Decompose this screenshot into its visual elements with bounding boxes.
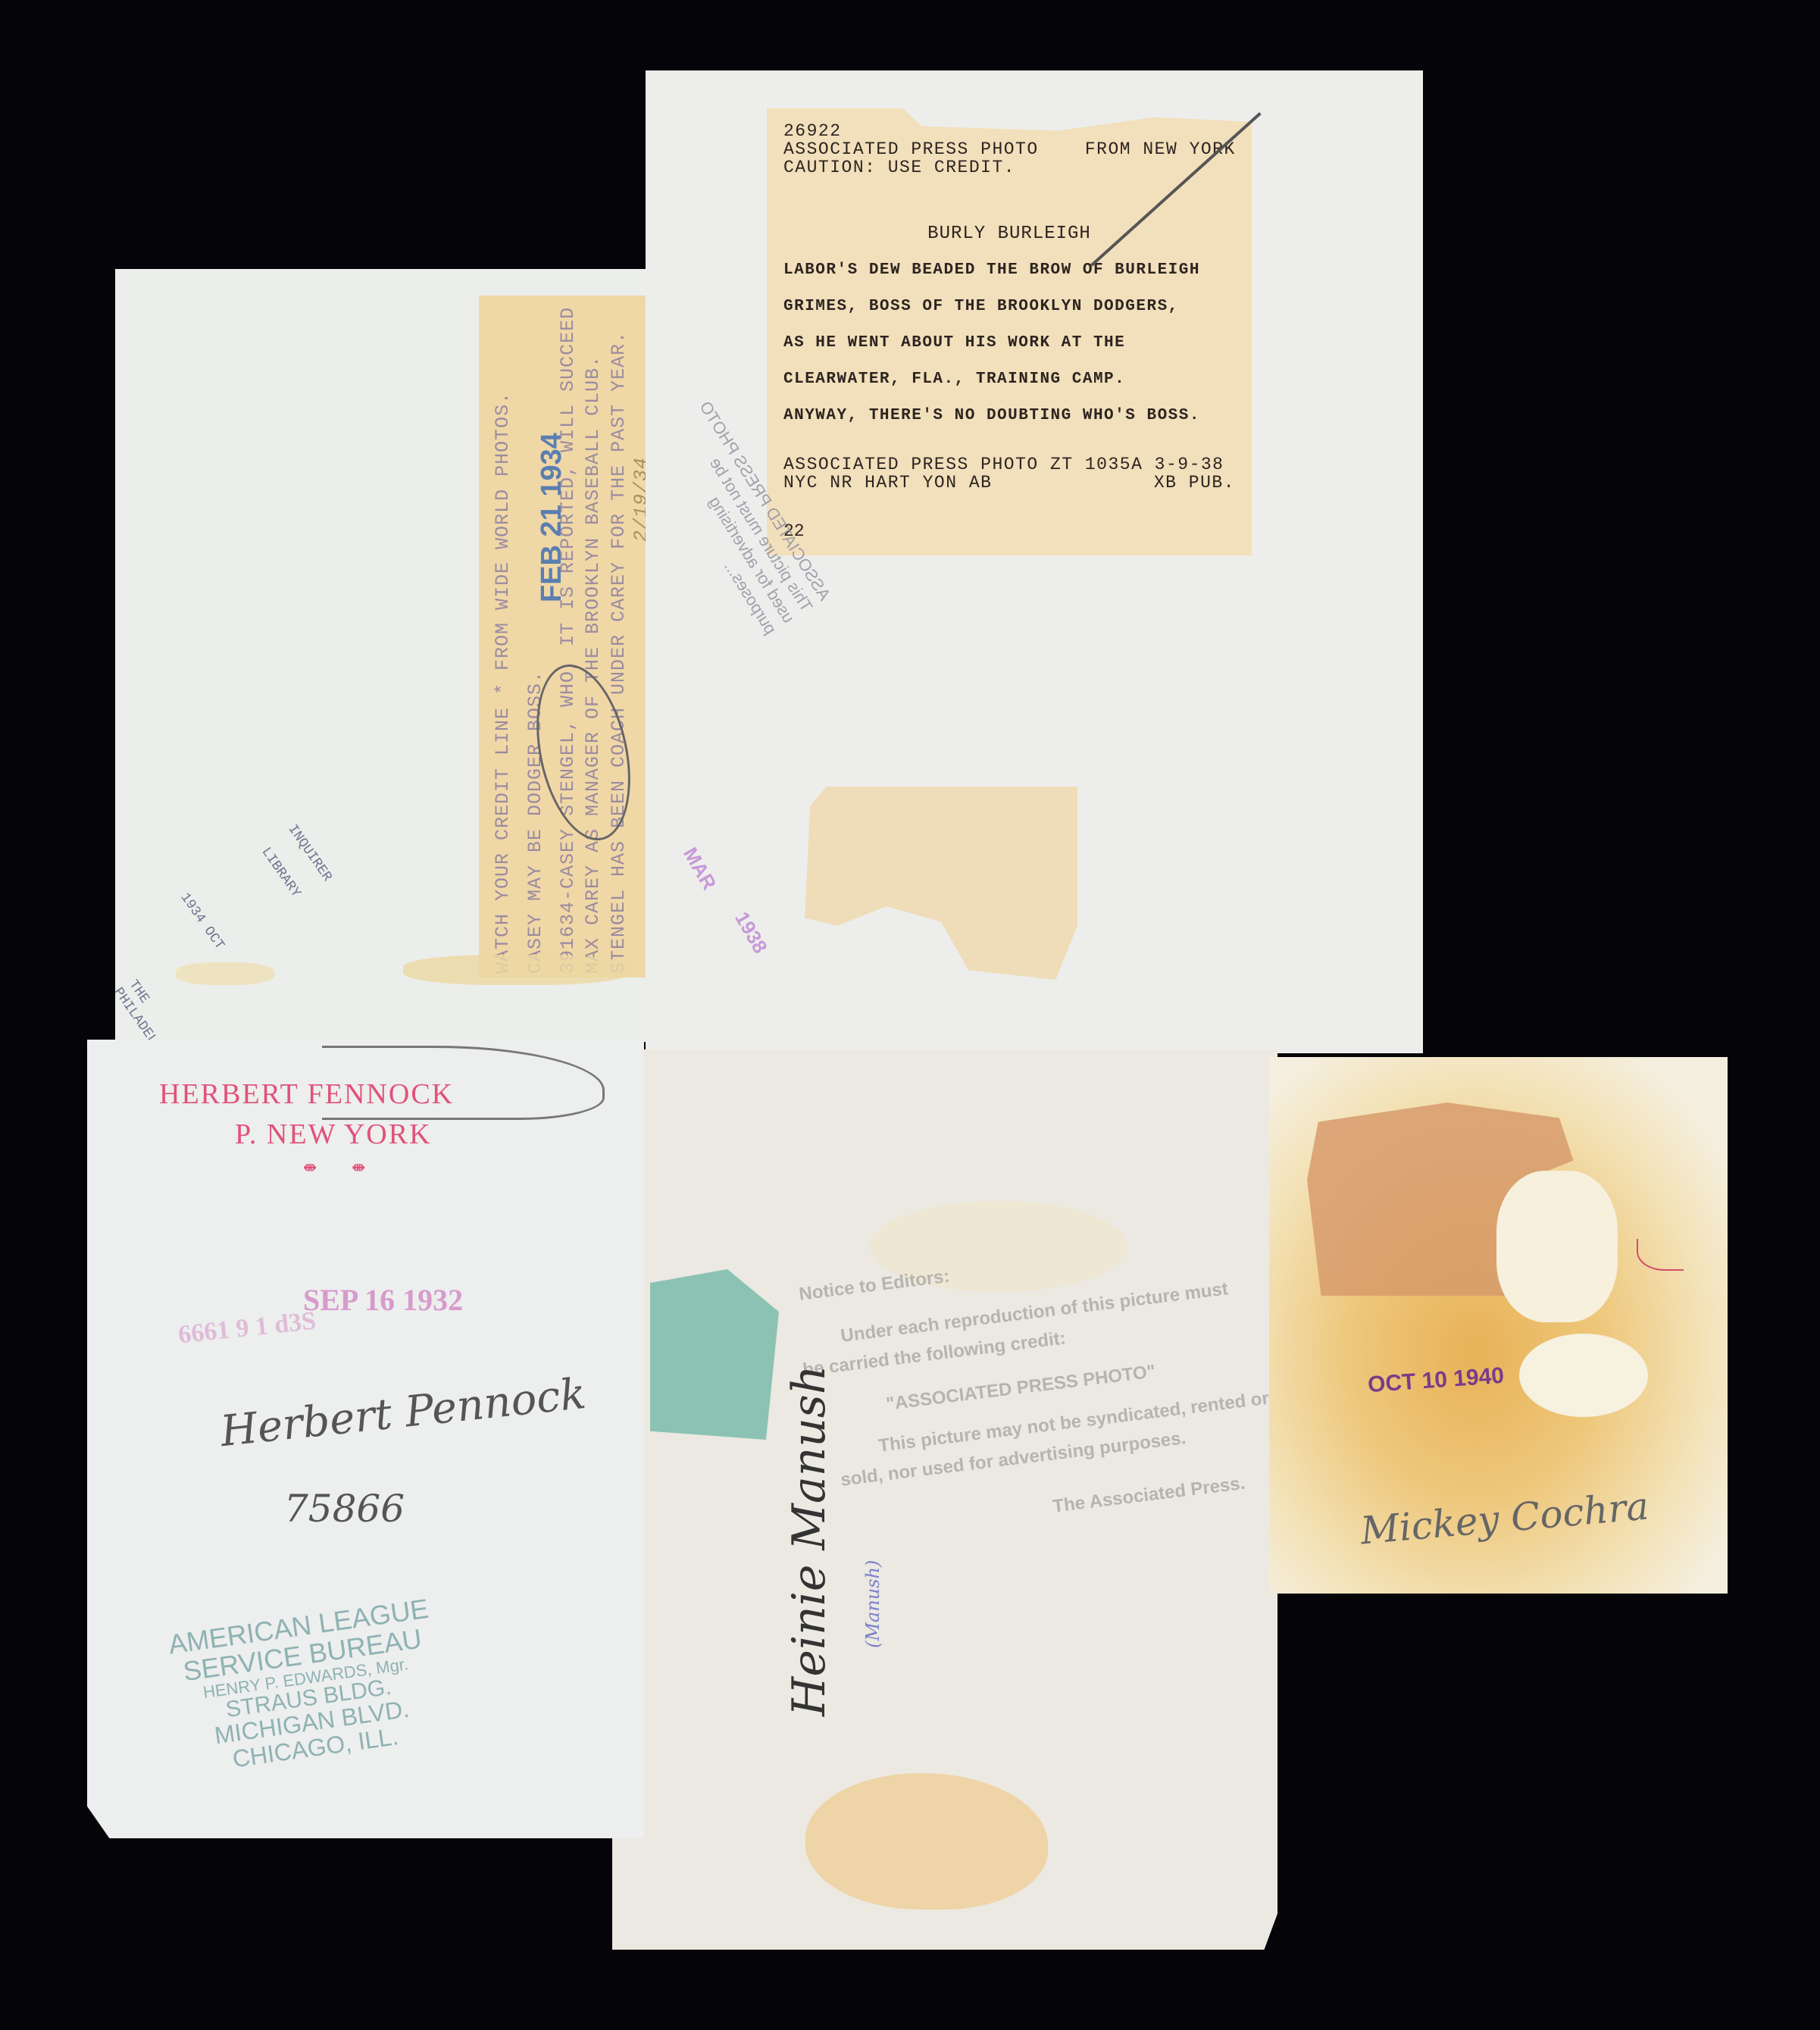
caption-line: ASSOCIATED PRESS PHOTO FROM NEW YORK <box>783 140 1235 158</box>
stamp-arrows-icon: ⇼ ⇼ <box>303 1153 376 1181</box>
library-stamp-line: LIBRARY <box>258 845 304 900</box>
date-stamp-year: 1938 <box>730 908 772 958</box>
caption-footer: NYC NR HART YON AB <box>783 474 992 492</box>
handwritten-signature: Heinie Manush <box>783 1365 836 1716</box>
glue-stain <box>805 1773 1048 1910</box>
photo-back-pennock: HERBERT FENNOCK P. NEW YORK ⇼ ⇼ SEP 16 1… <box>87 1040 644 1838</box>
date-stamp: SEP 16 1932 <box>303 1282 463 1318</box>
green-paper-residue <box>650 1269 779 1440</box>
paper-tear <box>1519 1334 1648 1417</box>
clipping-line: STENGEL HAS BEEN COACH UNDER CAREY FOR T… <box>608 331 630 974</box>
caption-title: BURLY BURLEIGH <box>783 225 1235 243</box>
page-number: 22 <box>783 522 1235 540</box>
caption-body-line: LABOR'S DEW BEADED THE BROW OF BURLEIGH <box>783 261 1235 280</box>
paper-tear <box>1496 1171 1618 1322</box>
caption-body-line: AS HE WENT ABOUT HIS WORK AT THE <box>783 334 1235 352</box>
photo-back-cochrane: OCT 10 1940 Mickey Cochra <box>1269 1057 1728 1594</box>
handwritten-name: Herbert Pennock <box>218 1369 588 1456</box>
library-stamp-line: 1934 OCT <box>177 890 227 952</box>
photo-back-grimes: 26922 ASSOCIATED PRESS PHOTO FROM NEW YO… <box>646 70 1423 1053</box>
caption-body-line: CLEARWATER, FLA., TRAINING CAMP. <box>783 371 1235 389</box>
caption-body-line: ANYWAY, THERE'S NO DOUBTING WHO'S BOSS. <box>783 407 1235 425</box>
clipping-line: MAX CAREY AS MANAGER OF THE BROOKLYN BAS… <box>582 355 604 974</box>
caption-line: CAUTION: USE CREDIT. <box>783 158 1235 177</box>
photographer-stamp-name: HERBERT FENNOCK <box>159 1078 454 1111</box>
clipping-line: WATCH YOUR CREDIT LINE * FROM WIDE WORLD… <box>492 392 514 974</box>
glue-stain <box>176 962 274 985</box>
caption-footer: ASSOCIATED PRESS PHOTO ZT 1035A 3-9-38 <box>783 455 1235 474</box>
photo-back-manush: Notice to Editors: Under each reproducti… <box>612 1049 1277 1950</box>
clipping-line: 391634-CASEY STENGEL, WHO, IT IS REPORTE… <box>557 307 579 974</box>
caption-body-line: GRIMES, BOSS OF THE BROOKLYN DODGERS, <box>783 298 1235 316</box>
caption-footer: XB PUB. <box>1154 474 1235 492</box>
date-stamp-month: MAR <box>678 843 721 894</box>
notice-line: Notice to Editors: <box>798 1266 951 1306</box>
handwritten-number: 75866 <box>284 1487 405 1531</box>
ap-caption-slip: 26922 ASSOCIATED PRESS PHOTO FROM NEW YO… <box>767 108 1252 555</box>
photographer-stamp-city: P. NEW YORK <box>235 1118 432 1151</box>
glue-stain <box>403 955 630 985</box>
paper-residue <box>805 787 1077 980</box>
date-stamp-ghost: 6661 9 1 d3S <box>177 1307 317 1350</box>
caption-id: 26922 <box>783 122 1235 140</box>
photo-back-stengel: WATCH YOUR CREDIT LINE * FROM WIDE WORLD… <box>115 269 659 1042</box>
notice-line: The Associated Press. <box>1052 1473 1246 1518</box>
blue-pencil-note: (Manush) <box>862 1560 883 1648</box>
